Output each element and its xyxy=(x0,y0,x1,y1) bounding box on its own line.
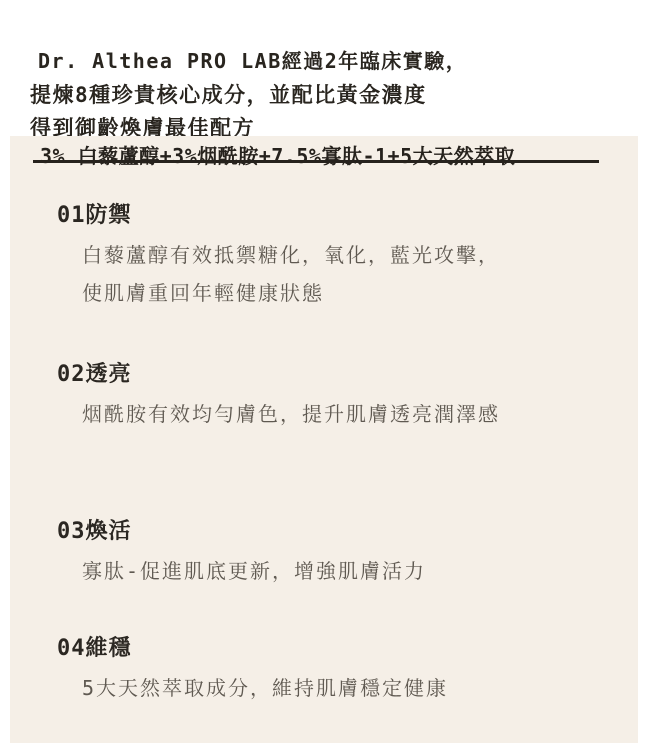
section-4-number: 04 xyxy=(57,636,86,661)
formula-underline xyxy=(33,160,599,163)
intro-line-2: 提煉8種珍貴核心成分，並配比黃金濃度 xyxy=(30,79,427,109)
section-1-body-line-1: 白藜蘆醇有效抵禦糖化，氧化，藍光攻擊， xyxy=(82,236,500,274)
section-3-body: 寡肽-促進肌底更新，增強肌膚活力 xyxy=(82,552,426,590)
section-2-number: 02 xyxy=(57,362,86,387)
section-1-body: 白藜蘆醇有效抵禦糖化，氧化，藍光攻擊， 使肌膚重回年輕健康狀態 xyxy=(82,236,500,312)
section-4-heading: 04維穩 xyxy=(57,631,132,662)
content-panel: 3% 白藜蘆醇+3%烟酰胺+7.5%寡肽-1+5大天然萃取 01防禦 白藜蘆醇有… xyxy=(10,136,638,743)
section-1-number: 01 xyxy=(57,203,86,228)
section-4-body-line-1: 5大天然萃取成分，維持肌膚穩定健康 xyxy=(82,669,448,707)
section-2-body-line-1: 烟酰胺有效均勻膚色，提升肌膚透亮潤澤感 xyxy=(82,395,500,433)
section-4-title: 維穩 xyxy=(86,636,132,661)
section-3-heading: 03煥活 xyxy=(57,514,132,545)
section-1-body-line-2: 使肌膚重回年輕健康狀態 xyxy=(82,274,500,312)
section-1-title: 防禦 xyxy=(86,203,132,228)
section-1-heading: 01防禦 xyxy=(57,198,132,229)
section-3-body-line-1: 寡肽-促進肌底更新，增強肌膚活力 xyxy=(82,552,426,590)
section-3-title: 煥活 xyxy=(86,519,132,544)
product-description-page: Dr. Althea PRO LAB經過2年臨床實驗， 提煉8種珍貴核心成分，並… xyxy=(0,0,650,753)
section-2-heading: 02透亮 xyxy=(57,357,132,388)
section-2-title: 透亮 xyxy=(86,362,132,387)
intro-line-1: Dr. Althea PRO LAB經過2年臨床實驗， xyxy=(38,45,467,74)
section-2-body: 烟酰胺有效均勻膚色，提升肌膚透亮潤澤感 xyxy=(82,395,500,433)
section-3-number: 03 xyxy=(57,519,86,544)
formula-line: 3% 白藜蘆醇+3%烟酰胺+7.5%寡肽-1+5大天然萃取 xyxy=(40,140,515,169)
section-4-body: 5大天然萃取成分，維持肌膚穩定健康 xyxy=(82,669,448,707)
